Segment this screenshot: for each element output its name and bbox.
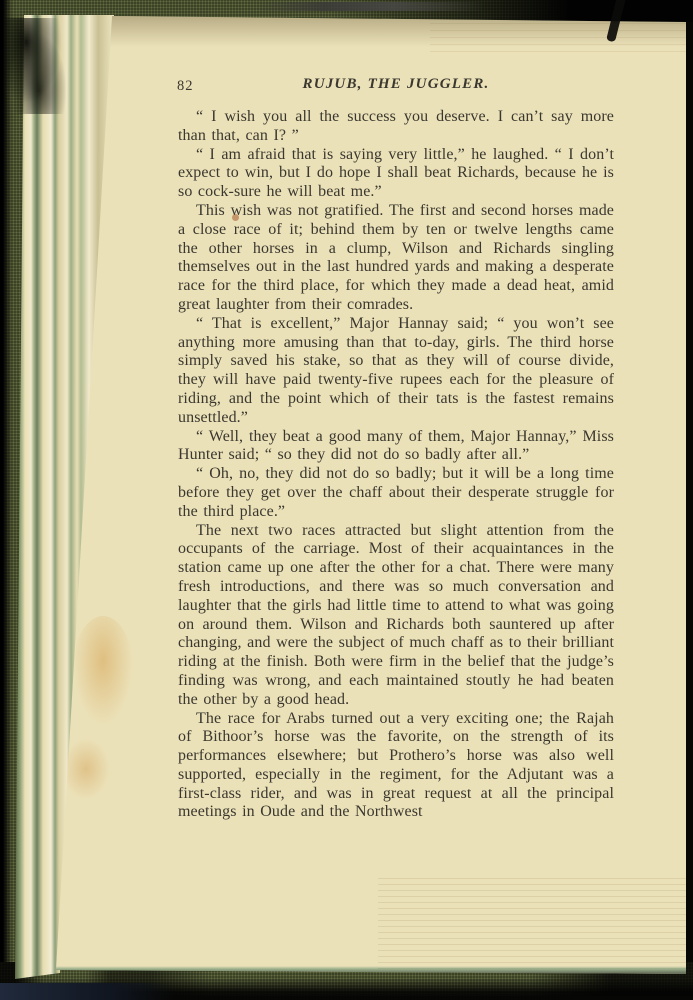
paragraph: “ I am afraid that is saying very little… <box>178 146 614 202</box>
paragraph: The next two races attracted but slight … <box>178 522 614 710</box>
paragraph: The race for Arabs turned out a very exc… <box>178 710 614 823</box>
age-stain <box>62 738 110 800</box>
page-content: 82 RUJUB, THE JUGGLER. “ I wish you all … <box>178 76 614 822</box>
running-header: RUJUB, THE JUGGLER. <box>178 76 614 93</box>
page-number: 82 <box>177 78 194 95</box>
top-edge-gloss <box>255 2 485 11</box>
fore-edge-lines-bottom <box>378 878 686 970</box>
book-photograph: 82 RUJUB, THE JUGGLER. “ I wish you all … <box>0 0 693 1000</box>
body-text: “ I wish you all the success you deserve… <box>178 108 614 822</box>
paragraph: “ I wish you all the success you deserve… <box>178 108 614 146</box>
worn-corner <box>4 18 68 114</box>
paragraph: “ Well, they beat a good many of them, M… <box>178 428 614 466</box>
bottom-left-shadow <box>0 983 175 1000</box>
page-header: 82 RUJUB, THE JUGGLER. <box>178 76 614 94</box>
paragraph: This wish was not gratified. The first a… <box>178 202 614 315</box>
paragraph: “ Oh, no, they did not do so badly; but … <box>178 465 614 521</box>
age-stain <box>72 616 134 728</box>
fore-edge-lines-top <box>430 23 686 53</box>
paragraph: “ That is excellent,” Major Hannay said;… <box>178 315 614 428</box>
